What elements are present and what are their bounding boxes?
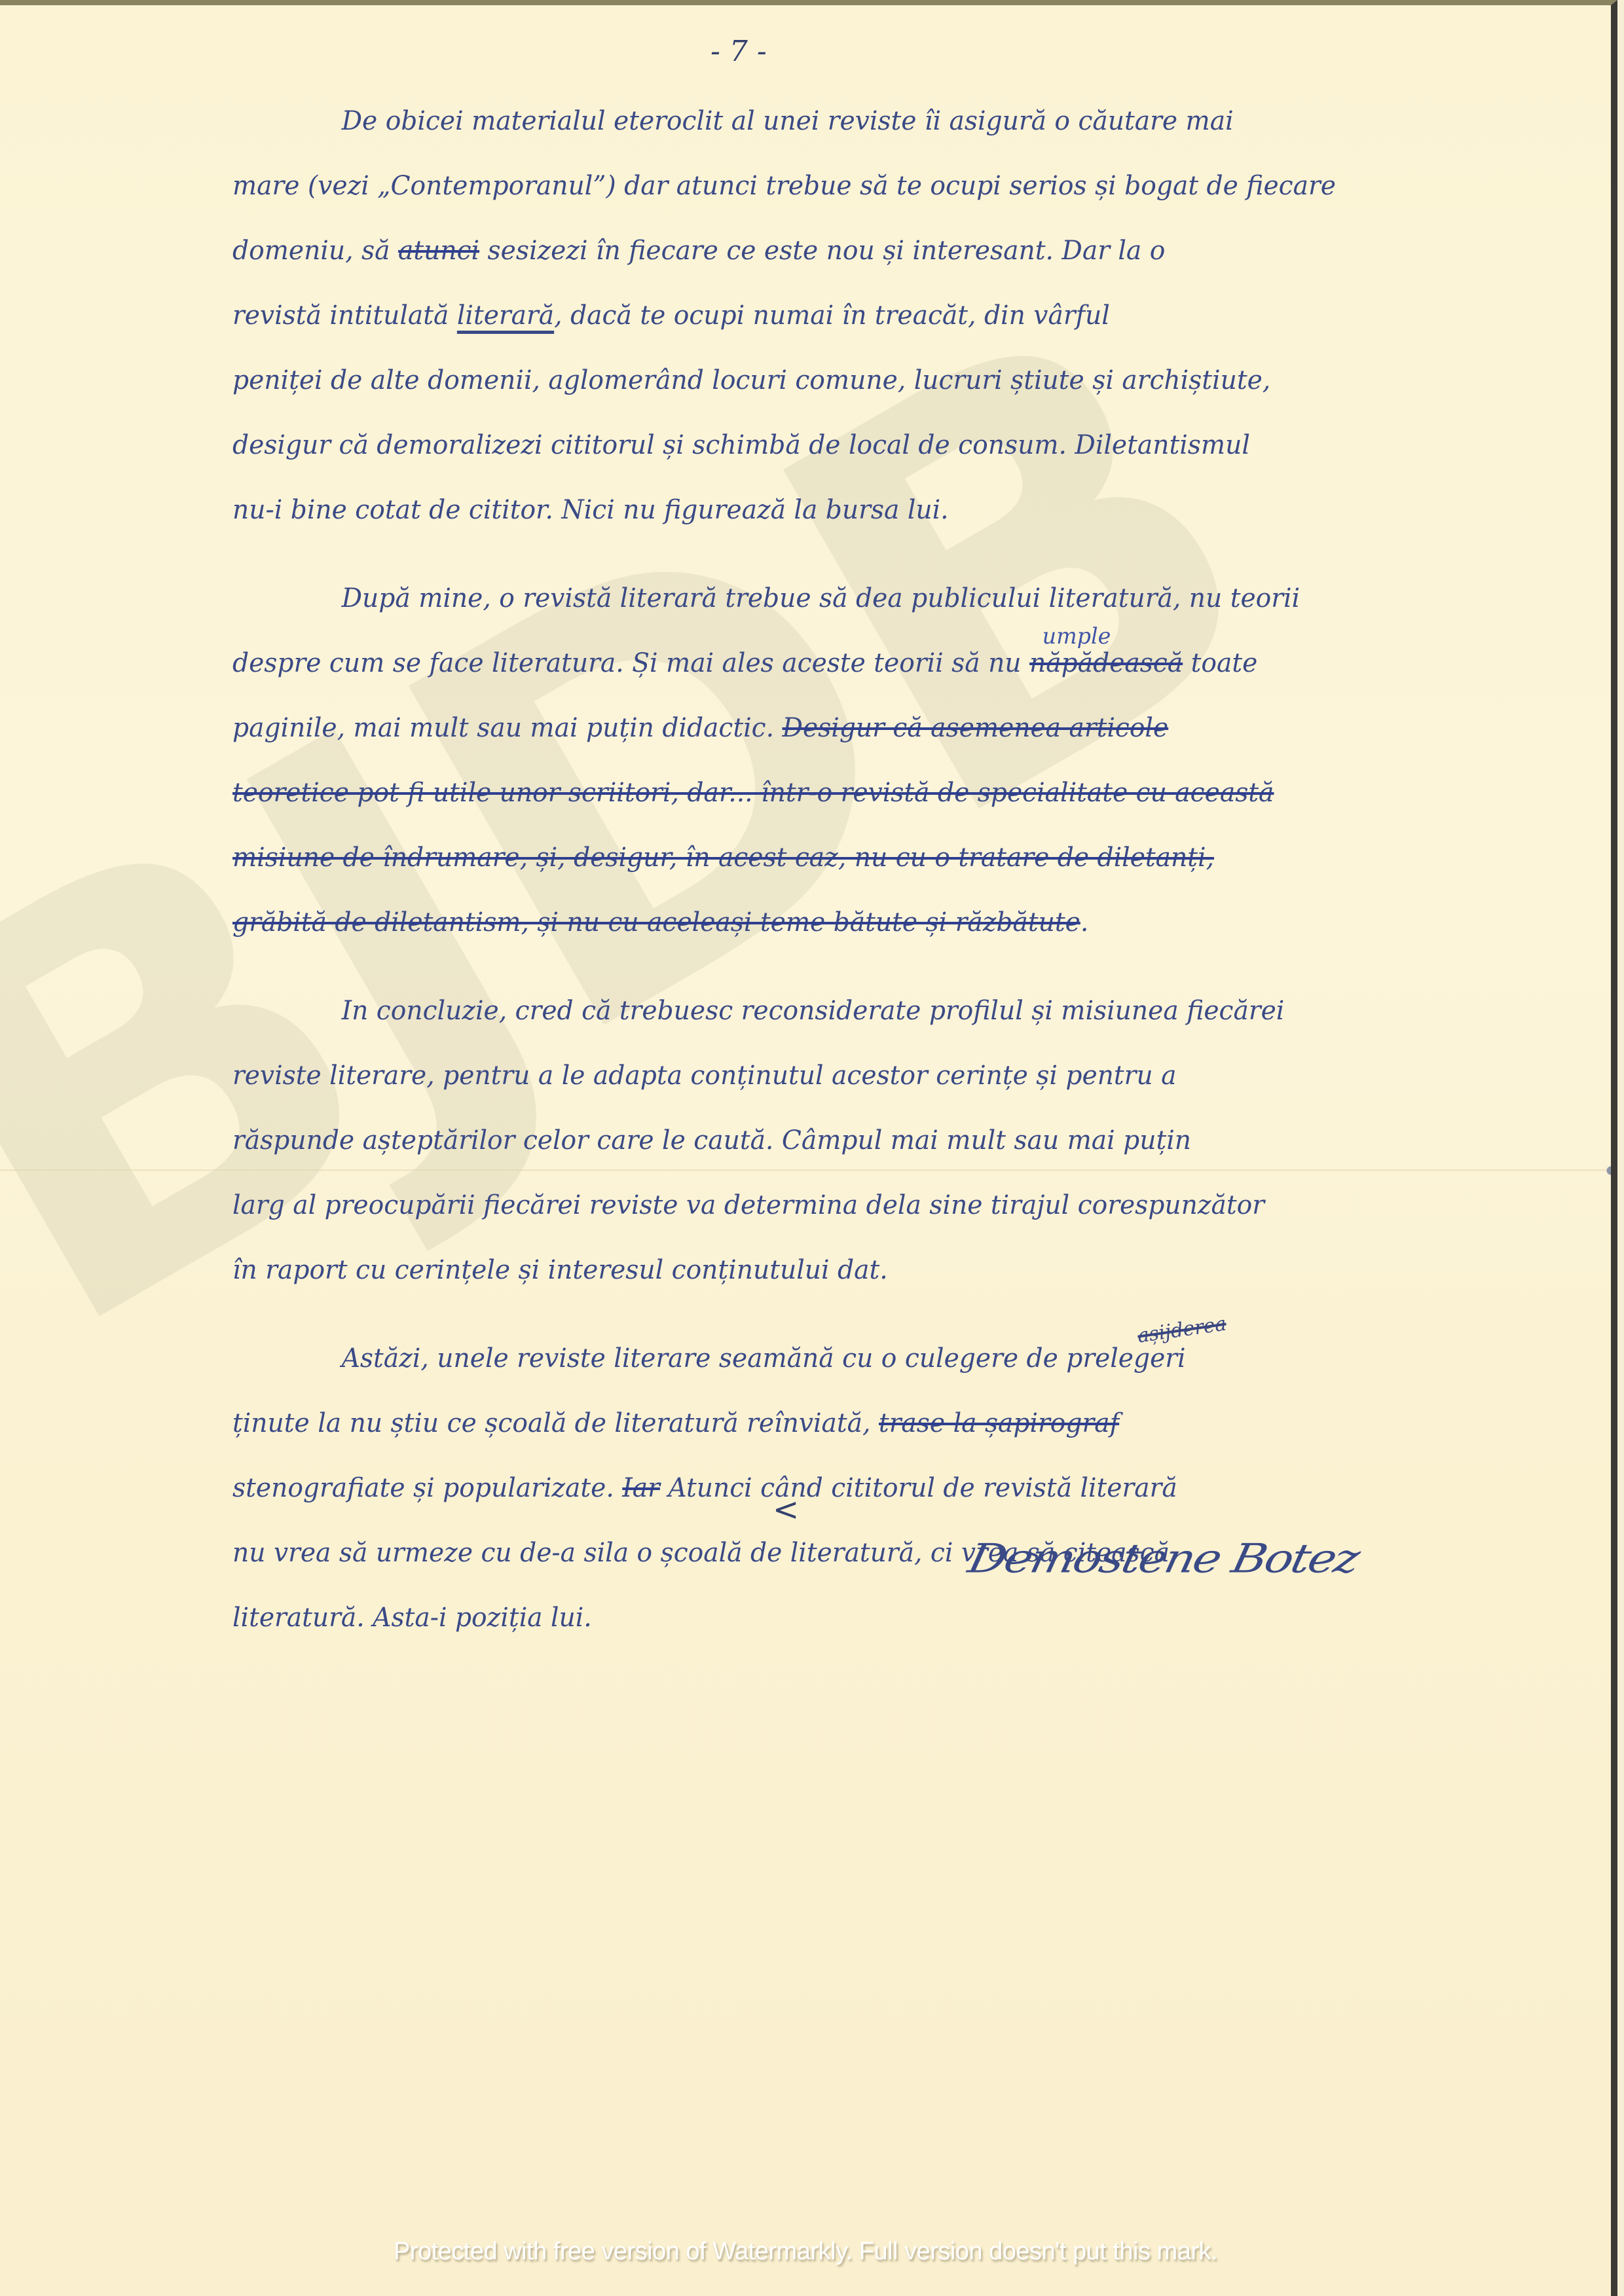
handwritten-text-body: De obicei materialul eteroclit al unei r…: [232, 89, 1575, 1650]
line-text: , dacă te ocupi numai în treacăt, din vâ…: [554, 301, 1110, 331]
end-mark: <: [773, 1491, 799, 1528]
line-text: toate: [1183, 648, 1257, 678]
manuscript-page: BJDB - 7 - De obicei materialul eterocli…: [0, 0, 1617, 2296]
line-text: în raport cu cerințele și interesul conț…: [232, 1255, 888, 1285]
line-text: sesizezi în fiecare ce este nou și inter…: [479, 236, 1165, 266]
line-text: .: [1080, 907, 1088, 938]
line-text: De obicei materialul eteroclit al unei r…: [342, 106, 1234, 136]
line-text: După mine, o revistă literară trebue să …: [342, 583, 1300, 613]
manuscript-line: reviste literare, pentru a le adapta con…: [232, 1044, 1548, 1108]
struck-text: teoretice pot fi utile unor scriitori, d…: [232, 778, 1274, 808]
underlined-text: literară: [457, 301, 554, 331]
author-signature: Demostene Botez: [964, 1535, 1362, 1581]
line-text: Astăzi, unele reviste literare seamănă c…: [342, 1343, 1186, 1374]
line-text: literatură. Asta-i poziția lui.: [232, 1603, 592, 1633]
manuscript-line: După mine, o revistă literară trebue să …: [232, 566, 1548, 631]
struck-text: misiune de îndrumare, și, desigur, în ac…: [232, 843, 1214, 873]
line-text: reviste literare, pentru a le adapta con…: [232, 1061, 1177, 1091]
line-text: ținute la nu știu ce școală de literatur…: [232, 1408, 879, 1438]
line-text: Atunci când cititorul de revistă literar…: [660, 1473, 1177, 1503]
manuscript-line: In concluzie, cred că trebuesc reconside…: [232, 979, 1548, 1044]
inserted-correction: umple: [1043, 623, 1111, 649]
line-text: paginile, mai mult sau mai puțin didacti…: [232, 713, 783, 743]
line-text: peniței de alte domenii, aglomerând locu…: [232, 365, 1270, 395]
manuscript-line: grăbită de diletantism, și nu cu aceleaș…: [232, 890, 1548, 955]
fold-notch: [1598, 1164, 1611, 1177]
manuscript-line: stenografiate și popularizate. Iar Atunc…: [232, 1456, 1548, 1521]
manuscript-line: peniței de alte domenii, aglomerând locu…: [232, 348, 1548, 413]
line-text: răspunde așteptărilor celor care le caut…: [232, 1125, 1191, 1156]
line-text: desigur că demoralizezi cititorul și sch…: [232, 430, 1250, 460]
manuscript-line: revistă intitulată literară, dacă te ocu…: [232, 283, 1548, 348]
line-text: revistă intitulată: [232, 301, 457, 331]
watermarkly-footer-notice: Protected with free version of Watermark…: [0, 2238, 1611, 2266]
manuscript-line: desigur că demoralizezi cititorul și sch…: [232, 413, 1548, 478]
struck-insertion: așijderea: [1136, 1311, 1228, 1350]
struck-text: năpădeascăumple: [1029, 648, 1183, 678]
manuscript-line: despre cum se face literatura. Și mai al…: [232, 631, 1548, 696]
line-text: domeniu, să: [232, 236, 398, 266]
manuscript-line: răspunde așteptărilor celor care le caut…: [232, 1108, 1548, 1173]
line-text: despre cum se face literatura. Și mai al…: [232, 648, 1029, 678]
manuscript-line: domeniu, să atunci sesizezi în fiecare c…: [232, 219, 1548, 283]
line-text: nu-i bine cotat de cititor. Nici nu figu…: [232, 495, 949, 525]
manuscript-line: literatură. Asta-i poziția lui.: [232, 1586, 1548, 1650]
line-text: stenografiate și popularizate.: [232, 1473, 622, 1503]
page-number: - 7 -: [710, 35, 767, 68]
manuscript-line: în raport cu cerințele și interesul conț…: [232, 1238, 1548, 1303]
manuscript-line: larg al preocupării fiecărei reviste va …: [232, 1173, 1548, 1238]
line-text: mare (vezi „Contemporanul”) dar atunci t…: [232, 171, 1336, 201]
manuscript-line: Astăzi, unele reviste literare seamănă c…: [232, 1326, 1548, 1391]
manuscript-line: ținute la nu știu ce școală de literatur…: [232, 1391, 1548, 1456]
manuscript-line: mare (vezi „Contemporanul”) dar atunci t…: [232, 154, 1548, 219]
manuscript-line: paginile, mai mult sau mai puțin didacti…: [232, 696, 1548, 761]
struck-text: trase la șapirograf: [879, 1408, 1119, 1438]
struck-text: atunci: [398, 236, 479, 266]
manuscript-line: misiune de îndrumare, și, desigur, în ac…: [232, 826, 1548, 890]
struck-text: Desigur că asemenea articole: [783, 713, 1169, 743]
manuscript-line: De obicei materialul eteroclit al unei r…: [232, 89, 1548, 154]
struck-text: Iar: [622, 1473, 660, 1503]
manuscript-line: teoretice pot fi utile unor scriitori, d…: [232, 761, 1548, 826]
line-text: larg al preocupării fiecărei reviste va …: [232, 1190, 1264, 1220]
struck-text: grăbită de diletantism, și nu cu aceleaș…: [232, 907, 1080, 938]
line-text: In concluzie, cred că trebuesc reconside…: [342, 996, 1285, 1026]
manuscript-line: nu-i bine cotat de cititor. Nici nu figu…: [232, 478, 1548, 543]
